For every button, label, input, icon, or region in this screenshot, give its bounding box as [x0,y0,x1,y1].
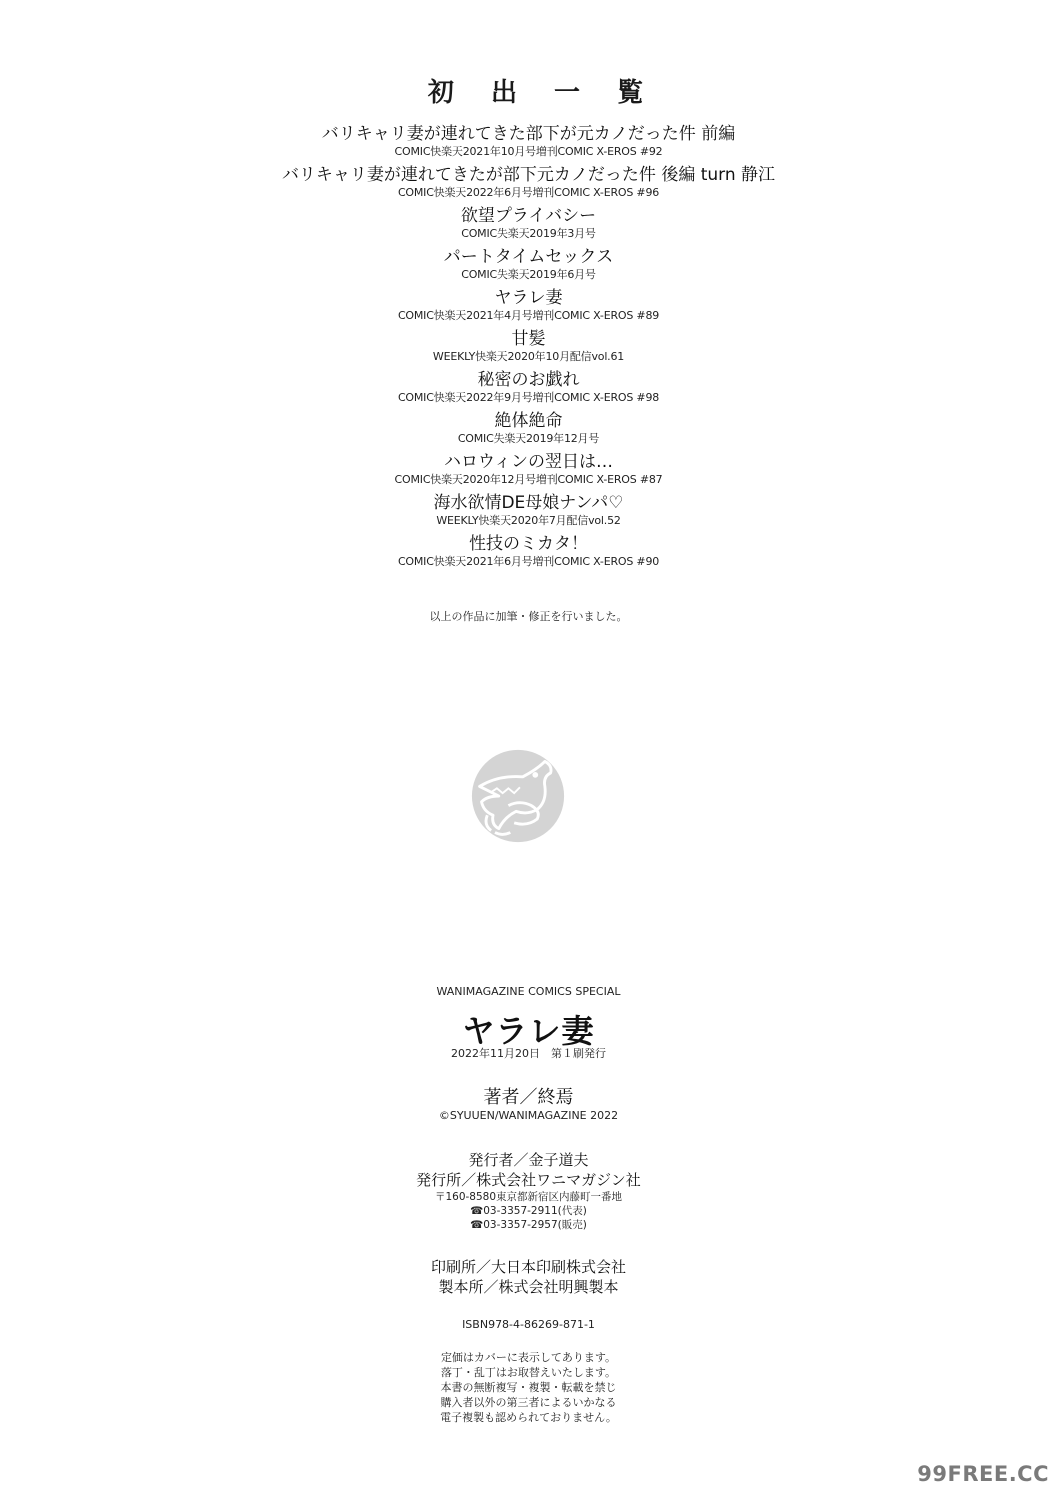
watermark: 99FREE.CC [917,1462,1049,1486]
entry-source: COMIC快楽天2021年4月号増刊COMIC X-EROS #89 [0,309,1057,323]
entry-source: COMIC快楽天2022年6月号増刊COMIC X-EROS #96 [0,186,1057,200]
notice-line: 購入者以外の第三者によるいかなる [0,1395,1057,1410]
publisher-company: 発行所／株式会社ワニマガジン社 [0,1170,1057,1190]
page-heading: 初 出 一 覧 [0,72,1057,109]
list-item: 欲望プライバシー COMIC失楽天2019年3月号 [0,206,1057,241]
crocodile-emblem-icon [470,748,566,844]
isbn: ISBN978-4-86269-871-1 [0,1318,1057,1331]
series-name: WANIMAGAZINE COMICS SPECIAL [0,985,1057,998]
phone-main: ☎03-3357-2911(代表) [0,1204,1057,1218]
entry-title: ヤラレ妻 [0,288,1057,309]
entry-title: バリキャリ妻が連れてきた部下が元カノだった件 前編 [0,124,1057,145]
entry-source: COMIC失楽天2019年3月号 [0,227,1057,241]
notice-line: 本書の無断複写・複製・転載を禁じ [0,1380,1057,1395]
list-item: 甘髪 WEEKLY快楽天2020年10月配信vol.61 [0,329,1057,364]
entry-title: パートタイムセックス [0,247,1057,268]
list-item: 性技のミカタ！ COMIC快楽天2021年6月号増刊COMIC X-EROS #… [0,534,1057,569]
entry-title: 絶体絶命 [0,411,1057,432]
copyright: ©SYUUEN/WANIMAGAZINE 2022 [0,1109,1057,1122]
publication-date: 2022年11月20日 第１刷発行 [0,1045,1057,1061]
legal-notice: 定価はカバーに表示してあります。 落丁・乱丁はお取替えいたします。 本書の無断複… [0,1350,1057,1425]
address-block: 〒160-8580東京都新宿区内藤町一番地 ☎03-3357-2911(代表) … [0,1190,1057,1232]
notice-line: 定価はカバーに表示してあります。 [0,1350,1057,1365]
notice-line: 電子複製も認められておりません。 [0,1410,1057,1425]
list-item: パートタイムセックス COMIC失楽天2019年6月号 [0,247,1057,282]
list-item: 海水欲情DE母娘ナンパ♡ WEEKLY快楽天2020年7月配信vol.52 [0,493,1057,528]
list-item: バリキャリ妻が連れてきたが部下元カノだった件 後編 turn 静江 COMIC快… [0,165,1057,200]
list-item: バリキャリ妻が連れてきた部下が元カノだった件 前編 COMIC快楽天2021年1… [0,124,1057,159]
entry-title: 欲望プライバシー [0,206,1057,227]
entry-source: WEEKLY快楽天2020年10月配信vol.61 [0,350,1057,364]
entry-title: ハロウィンの翌日は… [0,452,1057,473]
list-item: 秘密のお戯れ COMIC快楽天2022年9月号増刊COMIC X-EROS #9… [0,370,1057,405]
revision-note: 以上の作品に加筆・修正を行いました。 [0,608,1057,624]
binder: 製本所／株式会社明興製本 [0,1277,1057,1297]
entry-source: COMIC失楽天2019年12月号 [0,432,1057,446]
list-item: ヤラレ妻 COMIC快楽天2021年4月号増刊COMIC X-EROS #89 [0,288,1057,323]
first-appearance-list: バリキャリ妻が連れてきた部下が元カノだった件 前編 COMIC快楽天2021年1… [0,124,1057,575]
notice-line: 落丁・乱丁はお取替えいたします。 [0,1365,1057,1380]
address: 〒160-8580東京都新宿区内藤町一番地 [0,1190,1057,1204]
publisher-person: 発行者／金子道夫 [0,1150,1057,1170]
entry-source: WEEKLY快楽天2020年7月配信vol.52 [0,514,1057,528]
entry-source: COMIC快楽天2020年12月号増刊COMIC X-EROS #87 [0,473,1057,487]
entry-source: COMIC快楽天2022年9月号増刊COMIC X-EROS #98 [0,391,1057,405]
author: 著者／終焉 [0,1083,1057,1109]
printer: 印刷所／大日本印刷株式会社 [0,1257,1057,1277]
list-item: ハロウィンの翌日は… COMIC快楽天2020年12月号増刊COMIC X-ER… [0,452,1057,487]
phone-sales: ☎03-3357-2957(販売) [0,1218,1057,1232]
entry-title: 性技のミカタ！ [0,534,1057,555]
entry-source: COMIC快楽天2021年6月号増刊COMIC X-EROS #90 [0,555,1057,569]
list-item: 絶体絶命 COMIC失楽天2019年12月号 [0,411,1057,446]
entry-source: COMIC失楽天2019年6月号 [0,268,1057,282]
entry-title: 甘髪 [0,329,1057,350]
entry-source: COMIC快楽天2021年10月号増刊COMIC X-EROS #92 [0,145,1057,159]
publisher-block: 発行者／金子道夫 発行所／株式会社ワニマガジン社 [0,1150,1057,1190]
entry-title: 海水欲情DE母娘ナンパ♡ [0,493,1057,514]
printer-block: 印刷所／大日本印刷株式会社 製本所／株式会社明興製本 [0,1257,1057,1297]
entry-title: バリキャリ妻が連れてきたが部下元カノだった件 後編 turn 静江 [0,165,1057,186]
entry-title: 秘密のお戯れ [0,370,1057,391]
